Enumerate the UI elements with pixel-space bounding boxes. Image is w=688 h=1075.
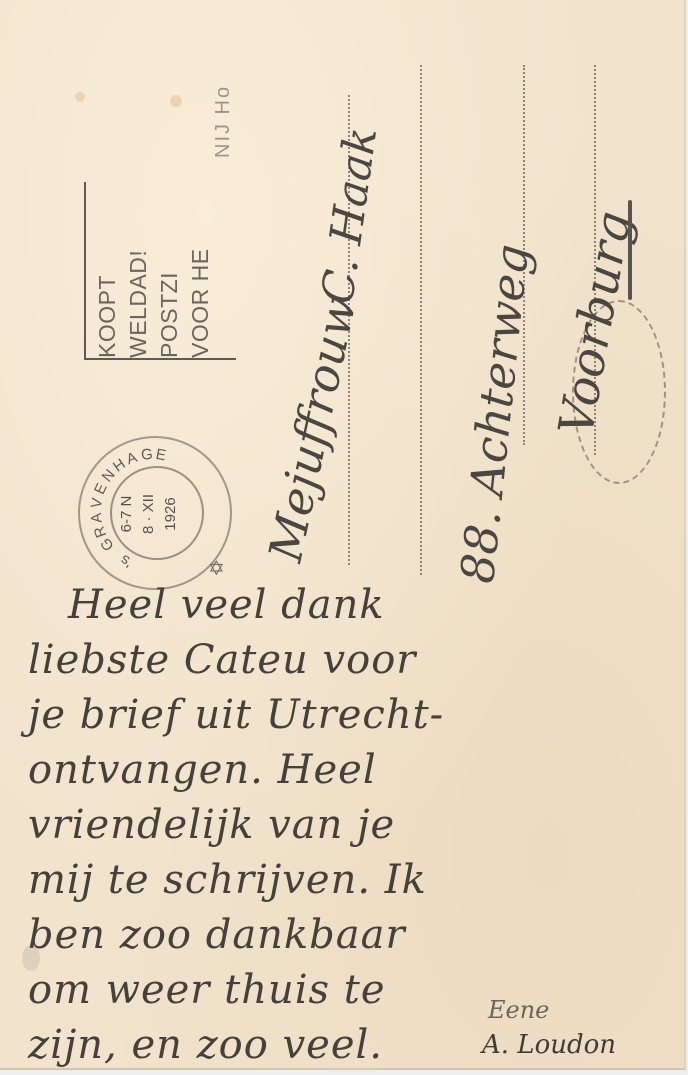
- postcard: KOOPT WELDAD! POSTZI VOOR HE NIJ Ho 's G…: [0, 0, 686, 1070]
- message-line: vriendelijk van je: [28, 798, 678, 853]
- foxing-spot: [75, 92, 85, 102]
- promo-stamp: KOOPT WELDAD! POSTZI VOOR HE: [84, 182, 244, 360]
- address-recipient-title: Mejuffrouw: [258, 291, 367, 566]
- signature: A. Loudon: [482, 1030, 616, 1060]
- message-line: je brief uit Utrecht-: [28, 688, 678, 743]
- promo-stamp-faint-text: NIJ Ho: [212, 38, 242, 158]
- message-line: ben zoo dankbaar: [28, 908, 678, 963]
- message-line: om weer thuis te: [28, 963, 678, 1018]
- message-line: liebste Cateu voor: [28, 633, 678, 688]
- star-icon: ✡: [208, 556, 225, 580]
- promo-line: KOOPT: [92, 182, 123, 358]
- postmark-date: 6-7 N 8 · XII 1926: [116, 474, 196, 554]
- message-line: Heel veel dank: [28, 578, 678, 633]
- message-closing: Eene: [488, 996, 549, 1024]
- foxing-spot: [170, 95, 182, 107]
- address-underline-stroke: [628, 200, 632, 300]
- promo-line: POSTZI: [154, 182, 185, 358]
- promo-line: WELDAD!: [123, 182, 154, 358]
- promo-line: VOOR HE: [185, 182, 216, 358]
- message-body: Heel veel dank liebste Cateu voor je bri…: [28, 578, 678, 1073]
- address-street: 88. Achterweg: [450, 242, 539, 586]
- postmark: 's G R A V E N H A G E 6-7 N 8 · XII 192…: [78, 436, 238, 596]
- message-line: ontvangen. Heel: [28, 743, 678, 798]
- message-line: mij te schrijven. Ik: [28, 853, 678, 908]
- promo-stamp-text: KOOPT WELDAD! POSTZI VOOR HE: [92, 182, 242, 358]
- address-recipient-name: C. Haak: [312, 124, 387, 307]
- address-line-rule: [420, 65, 422, 575]
